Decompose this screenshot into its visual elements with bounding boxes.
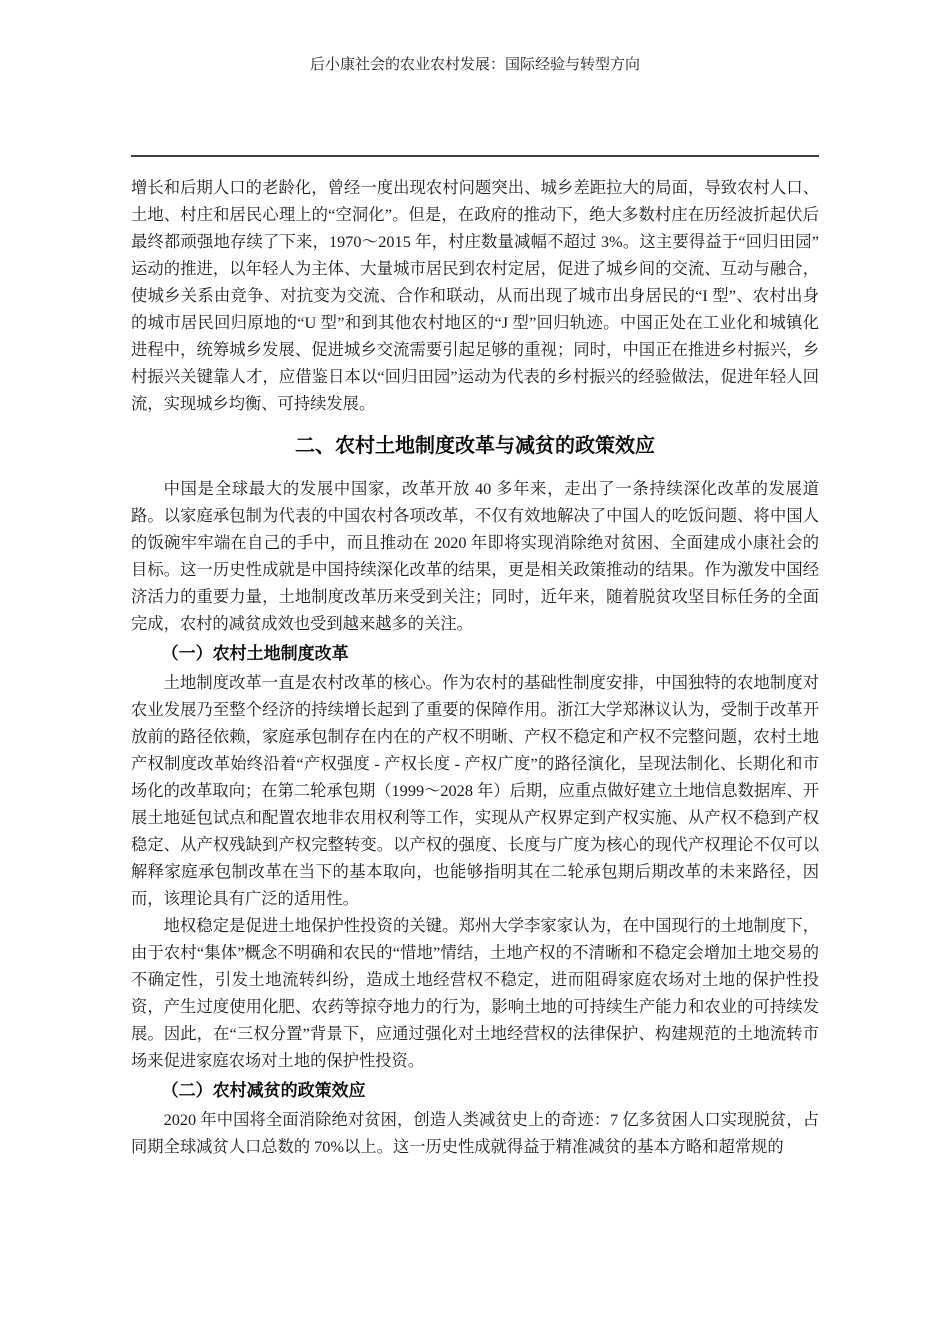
page-header-running-title: 后小康社会的农业农村发展：国际经验与转型方向 <box>131 54 819 76</box>
subsection-2-paragraph-1: 2020 年中国将全面消除绝对贫困，创造人类减贫史上的奇迹：7 亿多贫困人口实现… <box>131 1106 819 1160</box>
document-page: 后小康社会的农业农村发展：国际经验与转型方向 增长和后期人口的老龄化，曾经一度出… <box>0 0 950 1344</box>
subsection-1-heading: （一）农村土地制度改革 <box>131 640 819 667</box>
carryover-paragraph: 增长和后期人口的老龄化，曾经一度出现农村问题突出、城乡差距拉大的局面，导致农村人… <box>131 174 819 417</box>
header-rule <box>131 155 819 157</box>
subsection-2-heading: （二）农村减贫的政策效应 <box>131 1077 819 1104</box>
section-lead-paragraph: 中国是全球最大的发展中国家，改革开放 40 多年来，走出了一条持续深化改革的发展… <box>131 475 819 637</box>
section-heading: 二、农村土地制度改革与减贫的政策效应 <box>131 430 819 463</box>
subsection-1-paragraph-1: 土地制度改革一直是农村改革的核心。作为农村的基础性制度安排，中国独特的农地制度对… <box>131 669 819 912</box>
subsection-1-paragraph-2: 地权稳定是促进土地保护性投资的关键。郑州大学李家家认为，在中国现行的土地制度下，… <box>131 912 819 1074</box>
document-body: 增长和后期人口的老龄化，曾经一度出现农村问题突出、城乡差距拉大的局面，导致农村人… <box>131 174 819 1160</box>
